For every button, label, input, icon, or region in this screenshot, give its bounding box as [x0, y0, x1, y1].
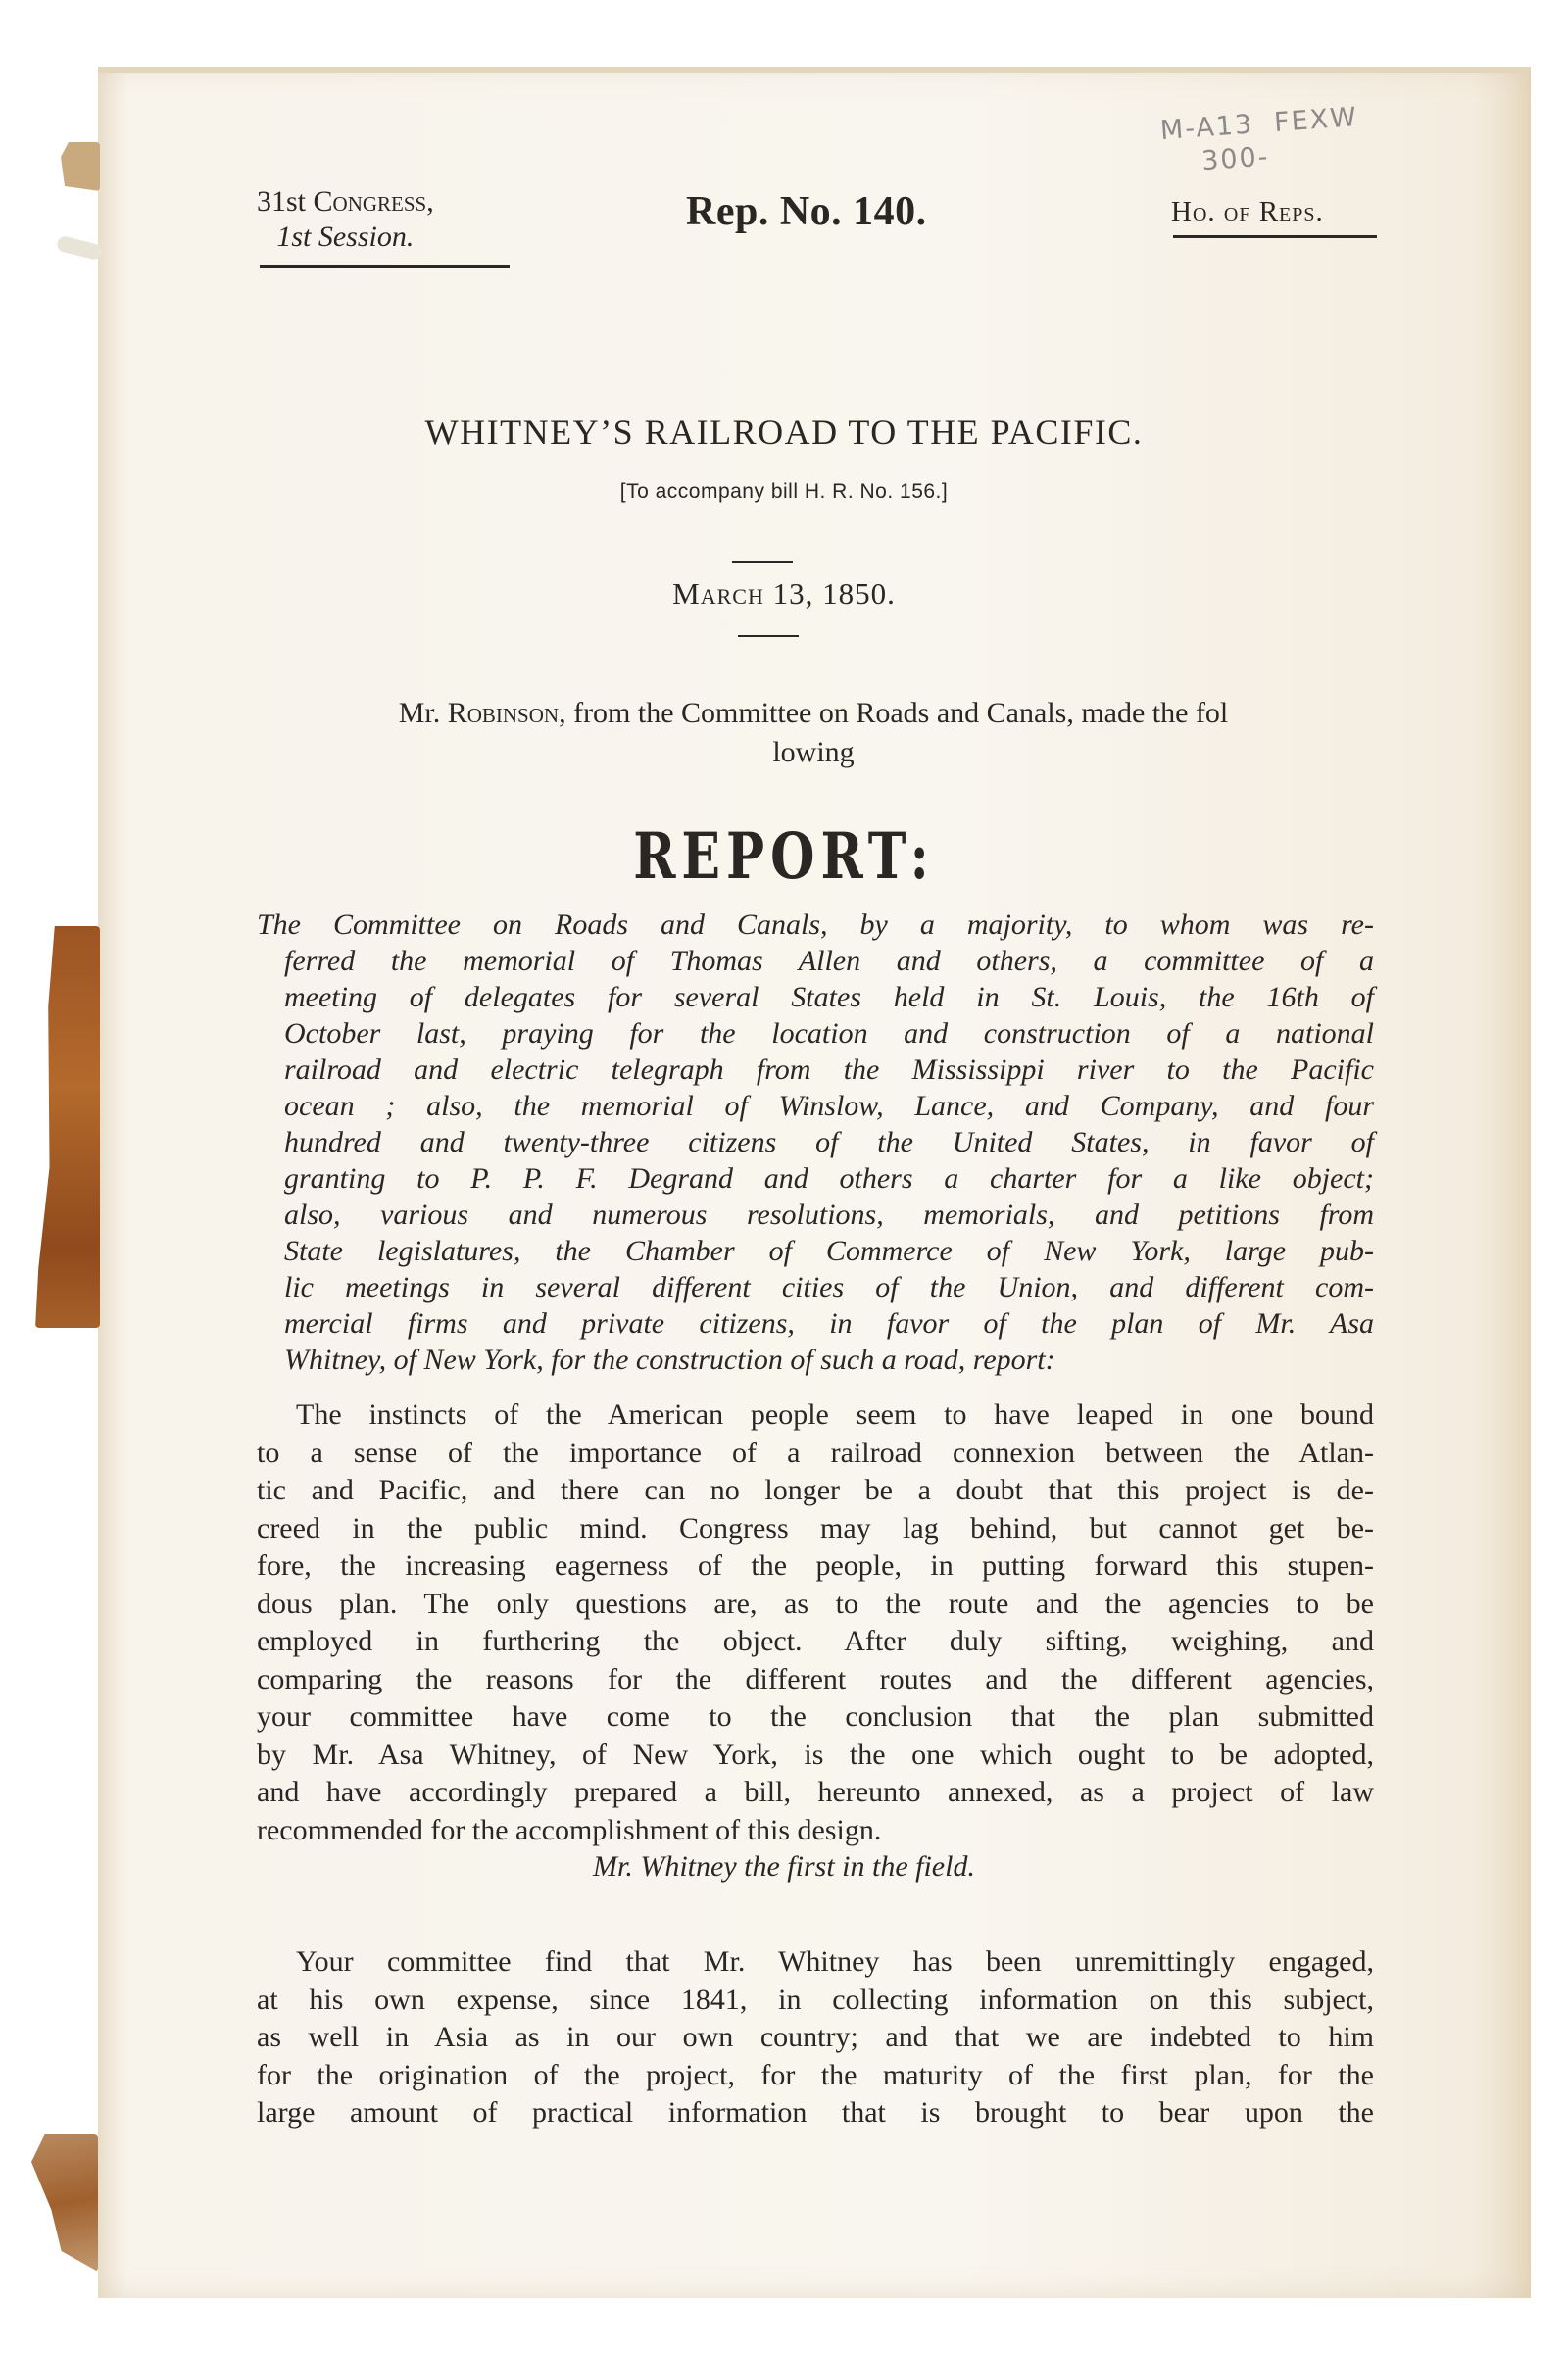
resolution-line: Whitney, of New York, for the constructi… [257, 1342, 1374, 1378]
paragraph-line: tic and Pacific, and there can no longer… [257, 1472, 1374, 1510]
resolution-line: October last, praying for the location a… [257, 1015, 1374, 1052]
congress-line: 31st Congress, [257, 184, 434, 220]
resolution-line: State legislatures, the Chamber of Comme… [257, 1233, 1374, 1269]
resolution-line: The Committee on Roads and Canals, by a … [257, 907, 1374, 943]
date-rule-top [732, 561, 793, 563]
intro-line-1: Mr. Robinson, from the Committee on Road… [255, 694, 1372, 733]
house-label: Ho. of Reps. [1171, 196, 1324, 228]
paragraph-line: as well in Asia as in our own country; a… [257, 2019, 1374, 2057]
resolution-line: mercial firms and private citizens, in f… [257, 1305, 1374, 1342]
paragraph-line: for the origination of the project, for … [257, 2057, 1374, 2095]
paragraph-line: employed in furthering the object. After… [257, 1623, 1374, 1661]
spine-paper-remnant-bottom [31, 2134, 98, 2272]
resolution-line: hundred and twenty-three citizens of the… [257, 1124, 1374, 1160]
paragraph-line: comparing the reasons for the different … [257, 1661, 1374, 1699]
report-date: March 13, 1850. [0, 576, 1568, 612]
bill-reference: [To accompany bill H. R. No. 156.] [0, 480, 1568, 504]
paragraph-line: and have accordingly prepared a bill, he… [257, 1774, 1374, 1812]
paragraph-1: The instincts of the American people see… [257, 1397, 1374, 1849]
section-subheading: Mr. Whitney the first in the field. [0, 1850, 1568, 1884]
session-line: 1st Session. [257, 220, 434, 255]
resolution-line: granting to P. P. F. Degrand and others … [257, 1160, 1374, 1197]
resolution-line: also, various and numerous resolutions, … [257, 1197, 1374, 1233]
paragraph-line: large amount of practical information th… [257, 2094, 1374, 2133]
presenter-name: Robinson [448, 697, 559, 729]
document-title: WHITNEY’S RAILROAD TO THE PACIFIC. [0, 412, 1568, 453]
header-rule-right [1173, 235, 1377, 238]
intro-statement: Mr. Robinson, from the Committee on Road… [255, 694, 1372, 772]
report-heading: REPORT: [0, 819, 1568, 894]
paragraph-line: fore, the increasing eagerness of the pe… [257, 1547, 1374, 1586]
header-rule-left [260, 265, 510, 268]
spine-paper-remnant-middle [35, 926, 100, 1328]
pencil-annotation: M-A13 FEXW 300- [1159, 101, 1361, 181]
intro-line-2: lowing [255, 733, 1372, 772]
paragraph-line: Your committee find that Mr. Whitney has… [257, 1943, 1374, 1982]
resolution-line: ocean ; also, the memorial of Winslow, L… [257, 1088, 1374, 1124]
date-rule-bottom [738, 635, 799, 637]
resolution-line: ferred the memorial of Thomas Allen and … [257, 943, 1374, 979]
paragraph-2: Your committee find that Mr. Whitney has… [257, 1943, 1374, 2133]
paragraph-line: creed in the public mind. Congress may l… [257, 1510, 1374, 1548]
paragraph-line: by Mr. Asa Whitney, of New York, is the … [257, 1737, 1374, 1775]
binding-thread [56, 235, 104, 262]
report-number: Rep. No. 140. [686, 188, 927, 235]
congress-session-label: 31st Congress, 1st Session. [257, 184, 434, 255]
resolution-line: railroad and electric telegraph from the… [257, 1052, 1374, 1088]
page-top-edge [98, 67, 1531, 73]
resolution-line: meeting of delegates for several States … [257, 979, 1374, 1015]
committee-resolution: The Committee on Roads and Canals, by a … [257, 907, 1374, 1378]
paragraph-line: to a sense of the importance of a railro… [257, 1435, 1374, 1473]
spine-paper-remnant-top [61, 142, 100, 191]
paragraph-line: dous plan. The only questions are, as to… [257, 1586, 1374, 1624]
paragraph-line: The instincts of the American people see… [257, 1397, 1374, 1435]
resolution-line: lic meetings in several different cities… [257, 1269, 1374, 1305]
paragraph-line: your committee have come to the conclusi… [257, 1698, 1374, 1737]
paragraph-line: recommended for the accomplishment of th… [257, 1812, 1374, 1850]
paragraph-line: at his own expense, since 1841, in colle… [257, 1982, 1374, 2020]
